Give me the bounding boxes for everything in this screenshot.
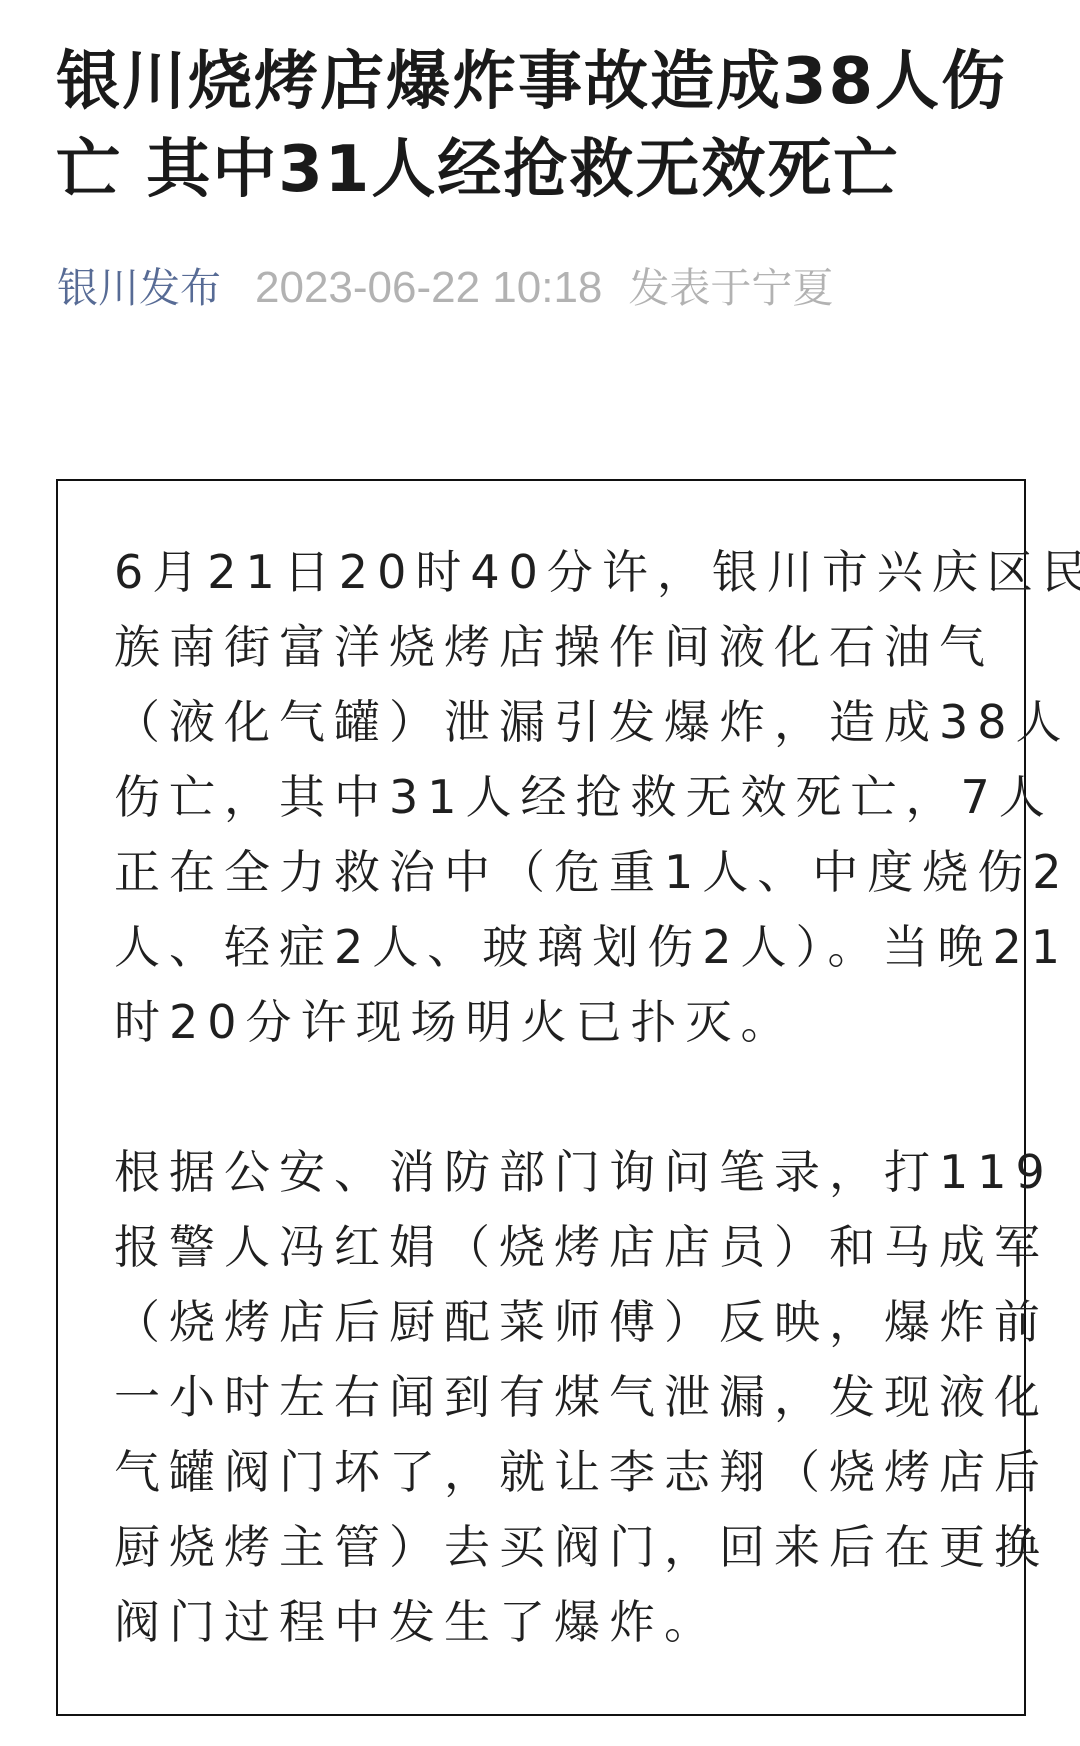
article-meta: 银川发布 2023-06-22 10:18 发表于宁夏 xyxy=(57,258,833,318)
text-line: （液化气罐）泄漏引发爆炸，造成38人 xyxy=(114,685,1080,760)
publish-datetime: 2023-06-22 10:18 xyxy=(255,258,602,318)
text-line: 气罐阀门坏了，就让李志翔（烧烤店后 xyxy=(114,1435,1054,1510)
text-line: 阀门过程中发生了爆炸。 xyxy=(114,1585,1054,1660)
text-line: 6月21日20时40分许，银川市兴庆区民 xyxy=(114,535,1080,610)
text-line: 正在全力救治中（危重1人、中度烧伤2 xyxy=(114,835,1080,910)
text-line: 厨烧烤主管）去买阀门，回来后在更换 xyxy=(114,1510,1054,1585)
article-title: 银川烧烤店爆炸事故造成38人伤 亡 其中31人经抢救无效死亡 xyxy=(56,38,1046,214)
title-line-1: 银川烧烤店爆炸事故造成38人伤 xyxy=(56,38,1046,126)
quoted-statement-box: 6月21日20时40分许，银川市兴庆区民 族南街富洋烧烤店操作间液化石油气 （液… xyxy=(56,479,1026,1716)
source-account-link[interactable]: 银川发布 xyxy=(57,258,221,318)
text-line: 人、轻症2人、玻璃划伤2人）。当晚21 xyxy=(114,910,1080,985)
text-line: 伤亡，其中31人经抢救无效死亡，7人 xyxy=(114,760,1080,835)
text-line: 一小时左右闻到有煤气泄漏，发现液化 xyxy=(114,1360,1054,1435)
text-line: 报警人冯红娟（烧烤店店员）和马成军 xyxy=(114,1210,1054,1285)
text-line: 族南街富洋烧烤店操作间液化石油气 xyxy=(114,610,1080,685)
title-line-2: 亡 其中31人经抢救无效死亡 xyxy=(56,126,1046,214)
text-line: 根据公安、消防部门询问笔录，打119 xyxy=(114,1135,1054,1210)
text-line: 时20分许现场明火已扑灭。 xyxy=(114,985,1080,1060)
article: 银川烧烤店爆炸事故造成38人伤 亡 其中31人经抢救无效死亡 银川发布 2023… xyxy=(0,0,1080,1746)
text-line: （烧烤店后厨配菜师傅）反映，爆炸前 xyxy=(114,1285,1054,1360)
publish-location: 发表于宁夏 xyxy=(628,258,833,318)
paragraph-2: 根据公安、消防部门询问笔录，打119 报警人冯红娟（烧烤店店员）和马成军 （烧烤… xyxy=(114,1135,1054,1660)
paragraph-1: 6月21日20时40分许，银川市兴庆区民 族南街富洋烧烤店操作间液化石油气 （液… xyxy=(114,535,1080,1060)
